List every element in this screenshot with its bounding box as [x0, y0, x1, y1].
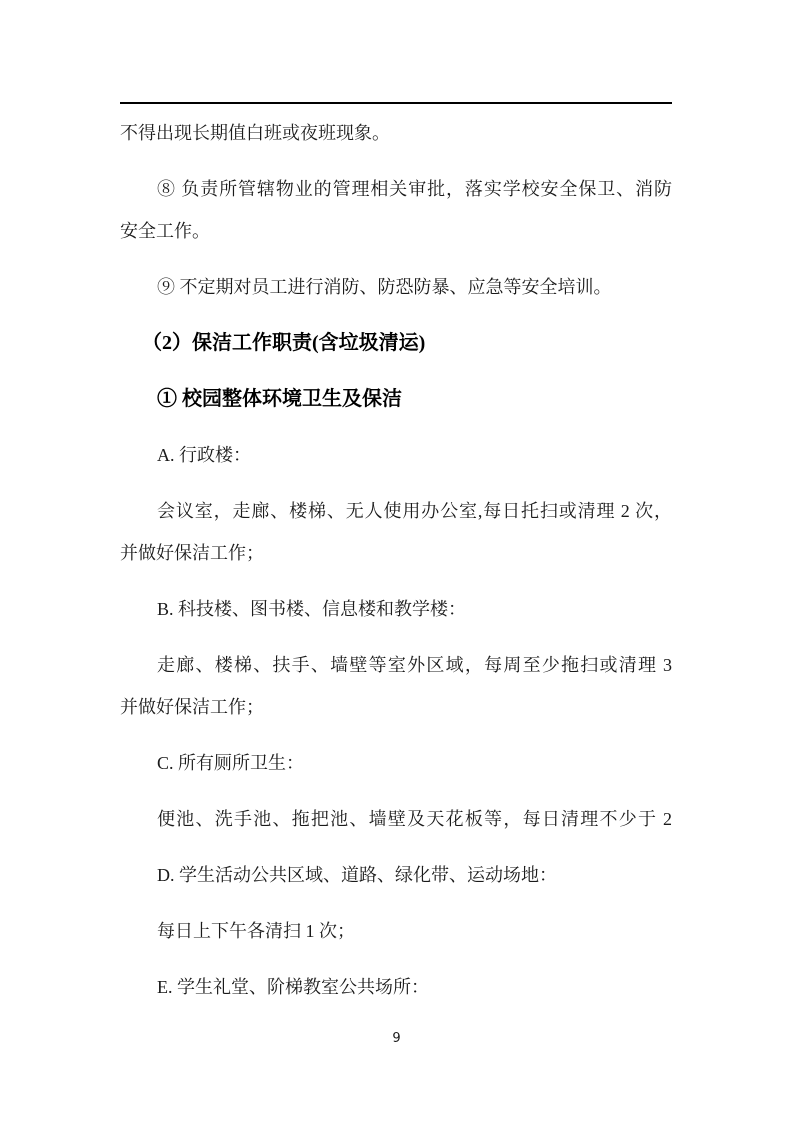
paragraph-line: 安全工作。: [120, 210, 672, 252]
paragraph: ⑧ 负责所管辖物业的管理相关审批，落实学校安全保卫、消防安全工作。: [120, 168, 672, 252]
paragraph: A. 行政楼：: [120, 434, 672, 476]
paragraph-line: 并做好保洁工作；: [120, 532, 672, 574]
paragraph-line: A. 行政楼：: [120, 434, 672, 476]
paragraph: 不得出现长期值白班或夜班现象。: [120, 112, 672, 154]
paragraph-line: ⑧ 负责所管辖物业的管理相关审批，落实学校安全保卫、消防: [120, 168, 672, 210]
document-body: 不得出现长期值白班或夜班现象。⑧ 负责所管辖物业的管理相关审批，落实学校安全保卫…: [120, 112, 672, 1022]
header-rule: [120, 102, 672, 104]
paragraph: 会议室，走廊、楼梯、无人使用办公室,每日托扫或清理 2 次，并做好保洁工作；: [120, 490, 672, 574]
paragraph-line: （2）保洁工作职责(含垃圾清运): [120, 322, 672, 364]
paragraph-line: D. 学生活动公共区域、道路、绿化带、运动场地：: [120, 854, 672, 896]
paragraph: D. 学生活动公共区域、道路、绿化带、运动场地：: [120, 854, 672, 896]
paragraph-line: 走廊、楼梯、扶手、墙壁等室外区域，每周至少拖扫或清理 3 次，: [120, 644, 672, 686]
paragraph-line: ① 校园整体环境卫生及保洁: [120, 378, 672, 420]
paragraph-line: E. 学生礼堂、阶梯教室公共场所：: [120, 966, 672, 1008]
paragraph: C. 所有厕所卫生：: [120, 742, 672, 784]
paragraph: B. 科技楼、图书楼、信息楼和教学楼：: [120, 588, 672, 630]
paragraph: E. 学生礼堂、阶梯教室公共场所：: [120, 966, 672, 1008]
paragraph: ① 校园整体环境卫生及保洁: [120, 378, 672, 420]
paragraph-line: 不得出现长期值白班或夜班现象。: [120, 112, 672, 154]
paragraph-line: 每日上下午各清扫 1 次；: [120, 910, 672, 952]
paragraph-line: 并做好保洁工作；: [120, 686, 672, 728]
paragraph-line: 便池、洗手池、拖把池、墙壁及天花板等，每日清理不少于 2 次，: [120, 798, 672, 840]
paragraph: ⑨ 不定期对员工进行消防、防恐防暴、应急等安全培训。: [120, 266, 672, 308]
paragraph-line: C. 所有厕所卫生：: [120, 742, 672, 784]
paragraph: 走廊、楼梯、扶手、墙壁等室外区域，每周至少拖扫或清理 3 次，并做好保洁工作；: [120, 644, 672, 728]
paragraph-line: 会议室，走廊、楼梯、无人使用办公室,每日托扫或清理 2 次，: [120, 490, 672, 532]
page-number: 9: [0, 1031, 793, 1046]
paragraph: 便池、洗手池、拖把池、墙壁及天花板等，每日清理不少于 2 次，: [120, 798, 672, 840]
paragraph-line: B. 科技楼、图书楼、信息楼和教学楼：: [120, 588, 672, 630]
document-page: 不得出现长期值白班或夜班现象。⑧ 负责所管辖物业的管理相关审批，落实学校安全保卫…: [0, 0, 793, 1122]
paragraph-line: ⑨ 不定期对员工进行消防、防恐防暴、应急等安全培训。: [120, 266, 672, 308]
paragraph: （2）保洁工作职责(含垃圾清运): [120, 322, 672, 364]
paragraph: 每日上下午各清扫 1 次；: [120, 910, 672, 952]
